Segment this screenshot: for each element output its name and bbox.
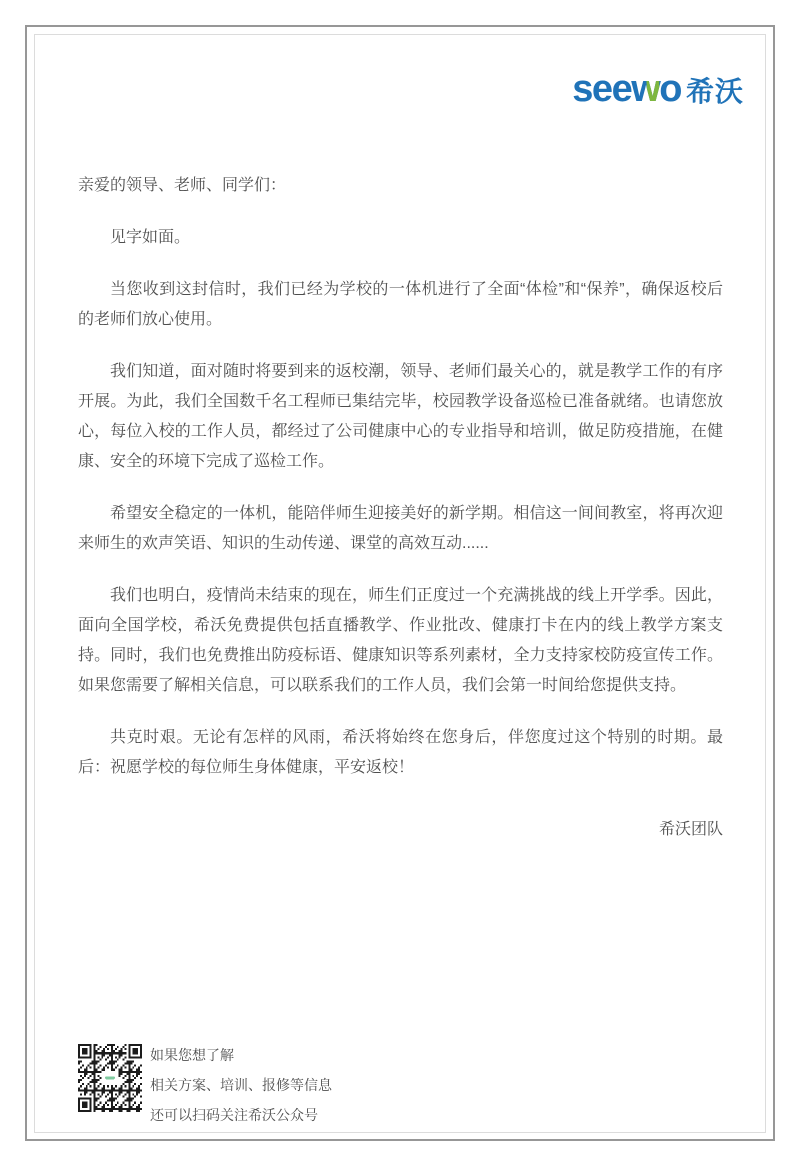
- salutation: 亲爱的领导、老师、同学们：: [78, 171, 723, 201]
- footer: 如果您想了解 相关方案、培训、报修等信息 还可以扫码关注希沃公众号: [78, 1040, 332, 1130]
- seewo-logo: seewwo希沃: [572, 70, 744, 108]
- signature: 希沃团队: [78, 815, 723, 845]
- page: { "logo": { "latin_prefix": "see", "lati…: [0, 0, 800, 1167]
- paragraph-4: 希望安全稳定的一体机，能陪伴师生迎接美好的新学期。相信这一间间教室，将再次迎来师…: [78, 499, 723, 559]
- qr-caption-line-3: 还可以扫码关注希沃公众号: [150, 1100, 332, 1130]
- qr-caption-line-1: 如果您想了解: [150, 1040, 332, 1070]
- paragraph-5: 我们也明白，疫情尚未结束的现在，师生们正度过一个充满挑战的线上开学季。因此，面向…: [78, 581, 723, 701]
- logo-cjk: 希沃: [686, 78, 744, 106]
- logo-w: ww: [631, 70, 659, 108]
- logo-latin-prefix: see: [572, 70, 631, 108]
- qr-captions: 如果您想了解 相关方案、培训、报修等信息 还可以扫码关注希沃公众号: [150, 1040, 332, 1130]
- paragraph-2: 当您收到这封信时，我们已经为学校的一体机进行了全面“体检”和“保养”，确保返校后…: [78, 275, 723, 335]
- letter-body: 亲爱的领导、老师、同学们： 见字如面。 当您收到这封信时，我们已经为学校的一体机…: [78, 171, 723, 845]
- paragraph-3: 我们知道，面对随时将要到来的返校潮，领导、老师们最关心的，就是教学工作的有序开展…: [78, 357, 723, 477]
- paragraph-1: 见字如面。: [78, 223, 723, 253]
- paragraph-6: 共克时艰。无论有怎样的风雨，希沃将始终在您身后，伴您度过这个特别的时期。最后：祝…: [78, 723, 723, 783]
- logo-latin-suffix: o: [659, 70, 681, 108]
- qr-center-logo: [105, 1076, 115, 1079]
- qr-caption-line-2: 相关方案、培训、报修等信息: [150, 1070, 332, 1100]
- qr-code: [78, 1044, 142, 1112]
